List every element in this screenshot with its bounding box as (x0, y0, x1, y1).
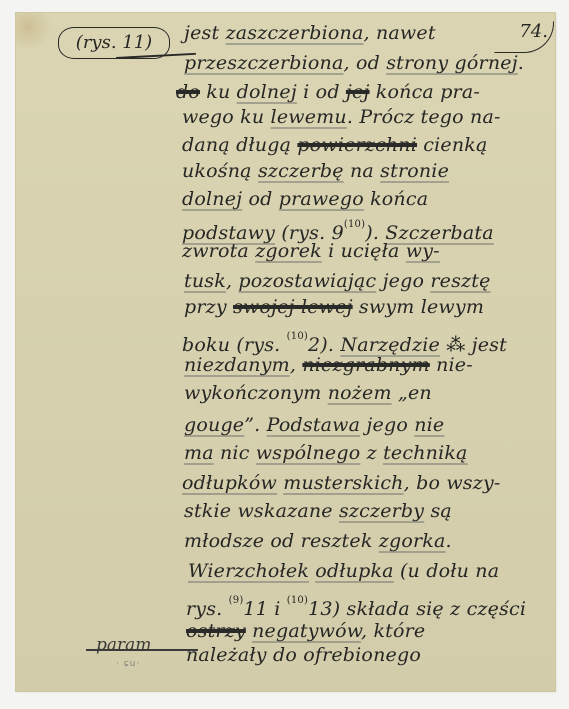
manuscript-line: tusk, pozostawiając jego resztę (184, 269, 491, 293)
underlined-word: wy- (406, 240, 440, 262)
text-segment: ”. (244, 414, 266, 436)
superscript-annotation: (10) (287, 595, 308, 606)
text-segment: wykończonym (184, 382, 328, 404)
text-segment: (u dołu na (394, 560, 500, 582)
text-segment: nie- (430, 354, 473, 376)
text-segment: daną długą (182, 134, 297, 156)
text-segment: cienką (417, 134, 487, 156)
manuscript-line: ostrzy negatywów, które (186, 619, 425, 643)
superscript-annotation: (9) (229, 595, 244, 606)
text-segment: i ucięła (322, 240, 406, 262)
text-segment: i od (297, 81, 346, 103)
underlined-word: odłupków (182, 472, 277, 494)
struck-word: swojej lewej (233, 296, 353, 318)
text-segment: . (446, 530, 452, 552)
underlined-word: negatywów (252, 620, 361, 642)
pencil-mark: · ɕu· (116, 659, 140, 669)
underlined-word: prawego (279, 188, 364, 210)
text-segment: wego ku (182, 106, 271, 128)
margin-note-bottom: param (96, 635, 151, 655)
underlined-word: odłupka (315, 560, 393, 582)
page-number: 74. (502, 15, 548, 49)
underlined-word: ma (184, 442, 214, 464)
text-segment: , (226, 270, 238, 292)
manuscript-line: daną długą powierzchni cienką (182, 133, 488, 157)
text-segment: jego (376, 270, 430, 292)
manuscript-line: dolnej od prawego końca (182, 187, 428, 211)
manuscript-line: przy swojej lewej swym lewym (184, 295, 484, 319)
underlined-word: pozostawiając (238, 270, 376, 292)
struck-word: niezgrabnym (302, 354, 430, 376)
text-segment: ukośną (182, 160, 258, 182)
underlined-word: resztę (430, 270, 490, 292)
scanned-document: (rys. 11) 74. jest zaszczerbiona, nawetp… (0, 0, 569, 709)
manuscript-line: rys. (9)11 i (10)13) składa się z części (186, 589, 526, 621)
underlined-word: zgorka (379, 530, 446, 552)
margin-note-text: (rys. 11) (76, 32, 152, 53)
underlined-word: gouge (184, 414, 244, 436)
manuscript-line: niezdanym, niezgrabnym nie- (184, 353, 473, 377)
manuscript-line: do ku dolnej i od jej końca pra- (176, 80, 480, 104)
text-segment: od (242, 188, 278, 210)
superscript-annotation: (10) (344, 219, 365, 230)
underlined-word: niezdanym (184, 354, 290, 376)
text-segment: jest (184, 22, 226, 44)
text-segment: końca pra- (370, 81, 480, 103)
text-segment: ku (200, 81, 237, 103)
underlined-word: nożem (328, 382, 392, 404)
struck-word: do (176, 81, 200, 103)
manuscript-line: należały do ofrebionego (186, 643, 421, 667)
underlined-word: dolnej (182, 188, 242, 210)
text-segment: stkie wskazane (184, 500, 339, 522)
manuscript-line: młodsze od resztek zgorka. (184, 529, 452, 553)
manuscript-line: ma nic wspólnego z techniką (184, 441, 468, 465)
text-segment: zwrota (182, 240, 255, 262)
manuscript-line: stkie wskazane szczerby są (184, 499, 452, 523)
text-segment: należały do ofrebionego (186, 644, 421, 666)
manuscript-line: gouge”. Podstawa jego nie (184, 413, 444, 437)
underlined-word: lewemu (271, 106, 347, 128)
struck-word: powierzchni (297, 134, 417, 156)
underlined-word: Wierzchołek (188, 560, 309, 582)
text-segment: przy (184, 296, 233, 318)
underlined-word: musterskich (283, 472, 403, 494)
text-segment: na (344, 160, 380, 182)
underlined-word: szczerbę (258, 160, 344, 182)
text-segment: 11 i (243, 598, 286, 620)
underlined-word: szczerby (339, 500, 424, 522)
struck-word: ostrzy (186, 620, 246, 642)
text-segment: . Prócz tego na- (347, 106, 501, 128)
underlined-word: dolnej (237, 81, 297, 103)
manuscript-line: ukośną szczerbę na stronie (182, 159, 449, 183)
underlined-word: nie (414, 414, 444, 436)
underlined-word: strony górnej (386, 52, 518, 74)
text-segment: . (518, 52, 524, 74)
manuscript-line: wego ku lewemu. Prócz tego na- (182, 105, 501, 129)
text-segment: końca (364, 188, 428, 210)
struck-word: jej (346, 81, 370, 103)
text-segment: , które (361, 620, 425, 642)
manuscript-line: Wierzchołek odłupka (u dołu na (188, 559, 499, 583)
text-segment: młodsze od resztek (184, 530, 379, 552)
manuscript-line: odłupków musterskich, bo wszy- (182, 471, 501, 495)
text-segment: swym lewym (353, 296, 484, 318)
underlined-word: stronie (380, 160, 449, 182)
text-segment: rys. (186, 598, 229, 620)
text-segment: „en (392, 382, 432, 404)
underlined-word: zaszczerbiona (226, 22, 364, 44)
superscript-annotation: (10) (287, 331, 308, 342)
text-segment: , bo wszy- (404, 472, 501, 494)
text-segment: są (424, 500, 452, 522)
text-segment: nic (214, 442, 256, 464)
underlined-word: wspólnego (256, 442, 361, 464)
text-segment: jego (360, 414, 414, 436)
text-segment: , nawet (363, 22, 435, 44)
manuscript-line: wykończonym nożem „en (184, 381, 432, 405)
underlined-word: tusk (184, 270, 226, 292)
text-segment: z (360, 442, 383, 464)
manuscript-page: (rys. 11) 74. jest zaszczerbiona, nawetp… (16, 13, 555, 691)
underlined-word: techniką (383, 442, 468, 464)
underlined-word: Podstawa (267, 414, 361, 436)
underlined-word: zgorek (255, 240, 322, 262)
manuscript-line: jest zaszczerbiona, nawet (184, 21, 436, 45)
text-segment: , od (343, 52, 386, 74)
underlined-word: przeszczerbiona (184, 52, 343, 74)
manuscript-line: przeszczerbiona, od strony górnej. (184, 51, 524, 75)
manuscript-line: zwrota zgorek i ucięła wy- (182, 239, 440, 263)
text-segment: 13) składa się z części (308, 598, 526, 620)
text-segment: , (290, 354, 302, 376)
